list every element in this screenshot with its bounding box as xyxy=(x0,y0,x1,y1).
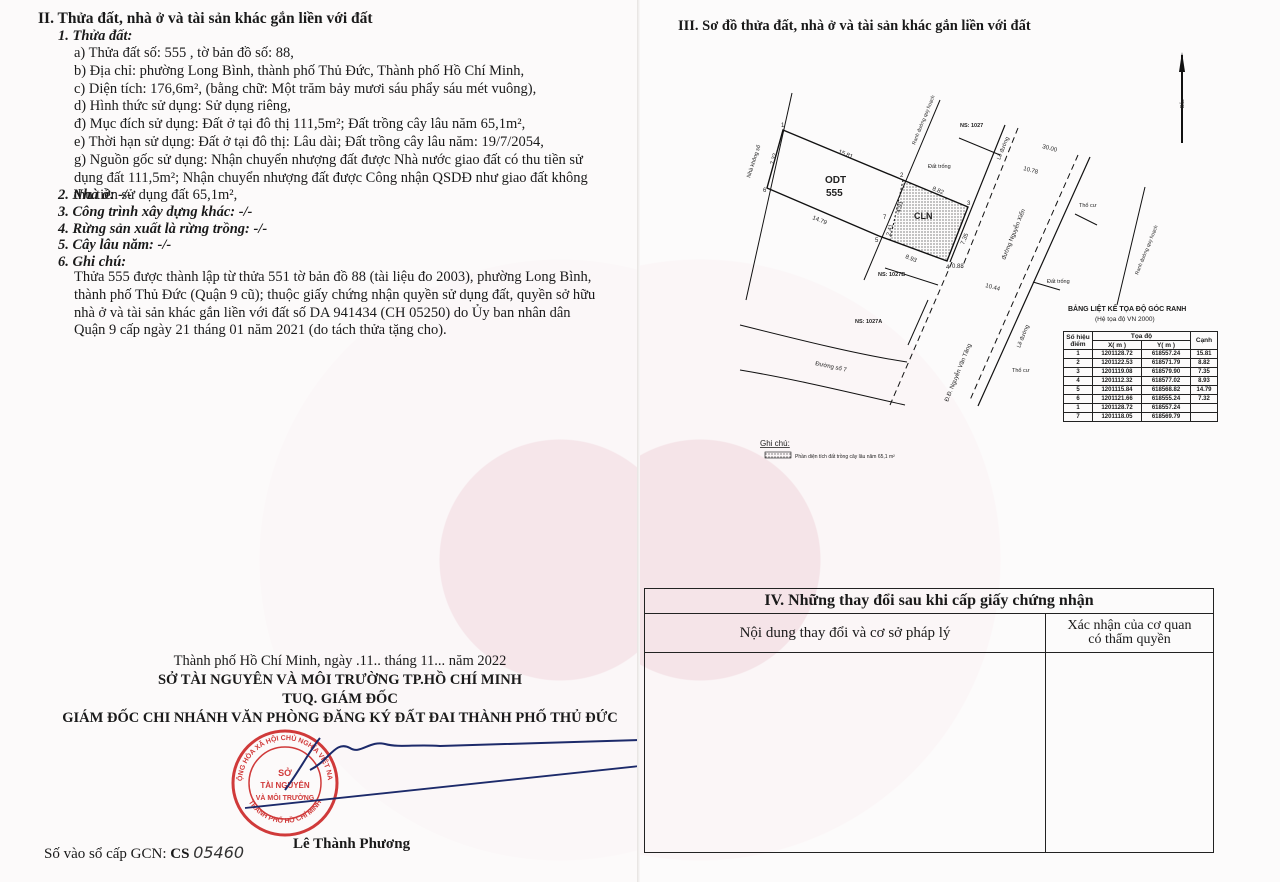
svg-text:14.79: 14.79 xyxy=(811,215,828,226)
svg-text:ODT: ODT xyxy=(825,175,846,186)
registry-line: Số vào sổ cấp GCN: CS 05460 xyxy=(44,843,244,863)
svg-text:Nhà không số: Nhà không số xyxy=(746,144,762,178)
land-line: b) Địa chỉ: phường Long Bình, thành phố … xyxy=(74,63,588,81)
coord-row: 71201118.05618569.79 xyxy=(1064,413,1218,422)
land-line: a) Thửa đất số: 555 , tờ bản đồ số: 88, xyxy=(74,45,588,63)
svg-text:0.88: 0.88 xyxy=(952,264,964,270)
svg-text:Bắc: Bắc xyxy=(1179,99,1186,108)
svg-text:Thổ cư: Thổ cư xyxy=(1079,202,1097,209)
coord-table: Số hiệu điểm Tọa độ Cạnh X( m ) Y( m ) 1… xyxy=(1063,331,1218,422)
changes-content-cell xyxy=(645,653,1046,852)
svg-text:NS: 1027B: NS: 1027B xyxy=(878,272,905,278)
coord-header-coord: Tọa độ xyxy=(1093,332,1191,341)
svg-text:555: 555 xyxy=(826,188,843,199)
item-forest: 4. Rừng sản xuất là rừng trồng: -/- xyxy=(58,221,267,238)
changes-table-title: IV. Những thay đổi sau khi cấp giấy chứn… xyxy=(645,589,1213,614)
svg-text:CLN: CLN xyxy=(914,211,933,221)
registry-number: 05460 xyxy=(193,843,244,862)
item-other-construction: 3. Công trình xây dựng khác: -/- xyxy=(58,204,267,221)
svg-text:3: 3 xyxy=(967,201,971,207)
coord-row: 11201128.72618557.2415.81 xyxy=(1064,350,1218,359)
svg-text:Lề đường: Lề đường xyxy=(1016,324,1031,349)
signature-icon xyxy=(240,730,640,810)
coord-row: 31201119.08618579.907.35 xyxy=(1064,368,1218,377)
svg-text:NS: 1027: NS: 1027 xyxy=(960,123,983,129)
note-line: Thửa 555 được thành lập từ thửa 551 tờ b… xyxy=(74,269,595,287)
issuing-agency: SỞ TÀI NGUYÊN VÀ MÔI TRƯỜNG TP.HỒ CHÍ MI… xyxy=(40,671,640,690)
coord-table-title: BẢNG LIỆT KÊ TỌA ĐỘ GÓC RANH xyxy=(1068,306,1186,313)
coord-header-point: Số hiệu điểm xyxy=(1064,332,1093,350)
svg-text:Đ.Đ. Nguyễn Văn Tăng: Đ.Đ. Nguyễn Văn Tăng xyxy=(943,343,973,403)
section-ii-title: II. Thửa đất, nhà ở và tài sản khác gắn … xyxy=(38,10,373,28)
svg-text:5: 5 xyxy=(875,238,879,244)
signer-role: TUQ. GIÁM ĐỐC xyxy=(40,690,640,709)
coord-table-body: 11201128.72618557.2415.8121201122.536185… xyxy=(1064,350,1218,422)
issue-date: Thành phố Hồ Chí Minh, ngày .11.. tháng … xyxy=(40,652,640,671)
coord-row: 21201122.53618571.798.82 xyxy=(1064,359,1218,368)
land-line: e) Thời hạn sử dụng: Đất ở tại đô thị: L… xyxy=(74,134,588,152)
svg-text:Phần diện tích đất trồng cây l: Phần diện tích đất trồng cây lâu năm 65,… xyxy=(795,454,895,460)
svg-text:2: 2 xyxy=(900,173,904,179)
svg-text:15.81: 15.81 xyxy=(837,149,854,160)
svg-text:NS: 1027A: NS: 1027A xyxy=(855,319,882,325)
svg-text:7: 7 xyxy=(883,215,887,221)
svg-text:Đường số 7: Đường số 7 xyxy=(815,361,848,374)
changes-confirm-cell xyxy=(1046,653,1213,852)
svg-text:4: 4 xyxy=(946,265,950,271)
changes-table: IV. Những thay đổi sau khi cấp giấy chứn… xyxy=(644,588,1214,853)
left-page: II. Thửa đất, nhà ở và tài sản khác gắn … xyxy=(0,0,640,882)
signer-name: Lê Thành Phương xyxy=(293,836,410,853)
coord-header-y: Y( m ) xyxy=(1142,341,1191,350)
coord-row: 41201112.32618577.028.93 xyxy=(1064,377,1218,386)
note-line: thành phố Thủ Đức (Quận 9 cũ); thuộc giấ… xyxy=(74,287,595,305)
coord-row: 11201128.72618557.24 xyxy=(1064,404,1218,413)
registry-prefix: CS xyxy=(170,846,189,862)
note-line: nhà ở và tài sản khác gắn liền với đất s… xyxy=(74,305,595,323)
svg-text:Ghi chú:: Ghi chú: xyxy=(760,439,790,448)
coord-row: 61201121.66618555.247.32 xyxy=(1064,395,1218,404)
section-iii-title: III. Sơ đồ thửa đất, nhà ở và tài sản kh… xyxy=(678,18,1031,35)
signer-title: GIÁM ĐỐC CHI NHÁNH VĂN PHÒNG ĐĂNG KÝ ĐẤT… xyxy=(40,709,640,728)
land-details: a) Thửa đất số: 555 , tờ bản đồ số: 88, … xyxy=(74,45,588,205)
item-perennial: 5. Cây lâu năm: -/- xyxy=(58,237,267,254)
coord-header-edge: Cạnh xyxy=(1191,332,1218,350)
svg-text:10.44: 10.44 xyxy=(984,283,1001,293)
svg-text:6: 6 xyxy=(763,188,767,194)
svg-text:Thổ cư: Thổ cư xyxy=(1012,367,1030,374)
land-line: c) Diện tích: 176,6m², (bằng chữ: Một tr… xyxy=(74,81,588,99)
notes-body: Thửa 555 được thành lập từ thửa 551 tờ b… xyxy=(74,269,595,340)
coord-row: 51201115.84618568.8214.79 xyxy=(1064,386,1218,395)
item-house: 2. Nhà ở: -/- xyxy=(58,187,267,204)
coord-header-x: X( m ) xyxy=(1093,341,1142,350)
land-line: g) Nguồn gốc sử dụng: Nhận chuyển nhượng… xyxy=(74,152,588,170)
changes-col-confirm: Xác nhận của cơ quan có thẩm quyền xyxy=(1046,614,1213,652)
land-line: d) Hình thức sử dụng: Sử dụng riêng, xyxy=(74,98,588,116)
other-items: 2. Nhà ở: -/- 3. Công trình xây dựng khá… xyxy=(58,187,267,271)
note-line: Quận 9 cấp ngày 21 tháng 01 năm 2021 (do… xyxy=(74,322,595,340)
svg-text:10.78: 10.78 xyxy=(1022,166,1039,176)
changes-col-content: Nội dung thay đổi và cơ sở pháp lý xyxy=(645,614,1046,652)
registry-label: Số vào sổ cấp GCN: xyxy=(44,846,167,862)
svg-text:30.00: 30.00 xyxy=(1041,144,1058,154)
svg-text:Đất trống: Đất trống xyxy=(1047,279,1070,285)
svg-text:Ranh đường quy hoạch: Ranh đường quy hoạch xyxy=(1134,224,1159,275)
signature-block: Thành phố Hồ Chí Minh, ngày .11.. tháng … xyxy=(40,652,640,728)
land-heading: 1. Thửa đất: xyxy=(58,28,132,45)
svg-text:Đất trống: Đất trống xyxy=(928,164,951,170)
land-line: dụng đất 111,5m²; Nhận chuyển nhượng đất… xyxy=(74,170,588,188)
svg-text:đường Nguyễn Xiển: đường Nguyễn Xiển xyxy=(1000,208,1027,261)
svg-text:8.93: 8.93 xyxy=(904,254,918,264)
land-line: đ) Mục đích sử dụng: Đất ở tại đô thị 11… xyxy=(74,116,588,134)
coord-table-subtitle: (Hệ tọa độ VN 2000) xyxy=(1095,316,1155,323)
